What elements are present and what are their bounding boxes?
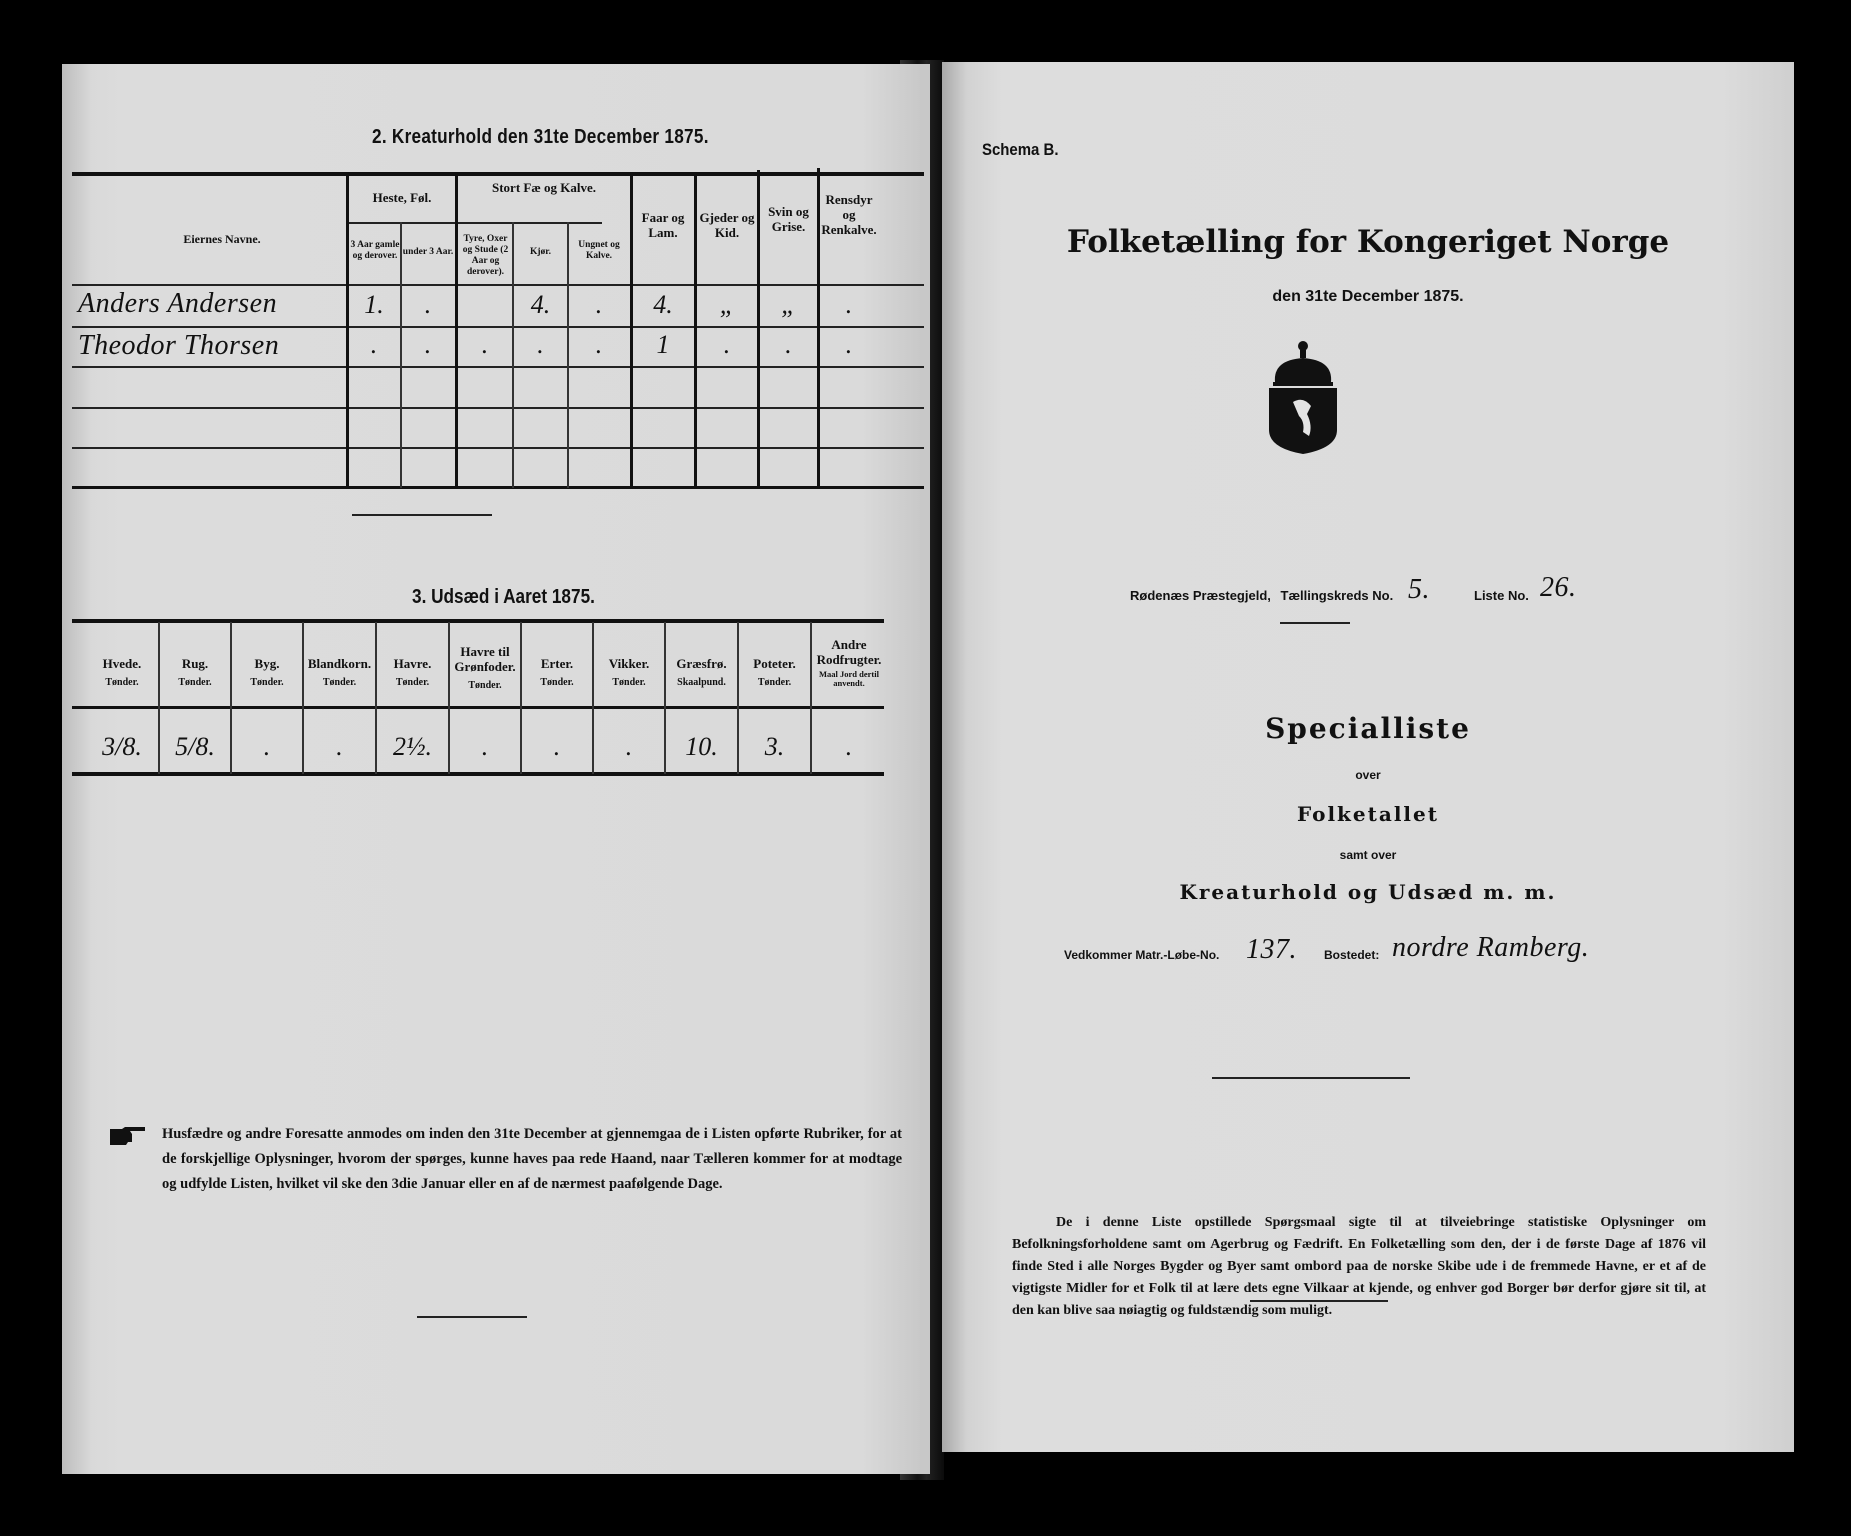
cell: .	[569, 290, 629, 320]
cell: .	[594, 732, 664, 762]
col-unit: Tønder.	[739, 675, 810, 690]
udsaed-header: Græsfrø.Skaalpund.	[666, 656, 737, 690]
table2-bottom-rule	[72, 486, 924, 489]
udsaed-header: Havre til Grønfoder.Tønder.	[450, 644, 520, 693]
col-header-svin: Svin og Grise.	[760, 204, 817, 234]
district-line: Rødenæs Præstegjeld, Tællingskreds No.	[1130, 588, 1393, 603]
udsaed-header: Byg.Tønder.	[232, 656, 302, 690]
udsaed-header: Poteter.Tønder.	[739, 656, 810, 690]
cell: 2½.	[377, 732, 448, 762]
col-unit: Maal Jord dertil anvendt.	[812, 670, 886, 688]
cell: .	[696, 330, 758, 360]
cell: .	[304, 732, 375, 762]
section-divider	[352, 514, 492, 516]
col-unit: Tønder.	[522, 675, 592, 690]
main-title: Folketælling for Kongeriget Norge	[942, 224, 1794, 260]
cell: .	[760, 330, 817, 360]
col-header-tyre: Tyre, Oxer og Stude (2 Aar og derover).	[458, 234, 513, 278]
footnote-text: Husfædre og andre Foresatte anmodes om i…	[162, 1122, 902, 1197]
table2-top-rule	[72, 172, 924, 176]
col-unit: Tønder.	[160, 675, 230, 690]
tellingskreds-value: 5.	[1408, 574, 1430, 606]
row-rule	[72, 366, 924, 368]
col-label: Rug.	[160, 656, 230, 671]
col-header-heste-under3: under 3 Aar.	[402, 247, 454, 258]
cell: .	[514, 330, 567, 360]
liste-label: Liste No.	[1474, 588, 1529, 603]
info-paragraph: De i denne Liste opstillede Spørgsmaal s…	[1012, 1212, 1706, 1322]
cell: 3/8.	[86, 732, 158, 762]
samt-over-text: samt over	[942, 848, 1794, 862]
cell: 5/8.	[160, 732, 230, 762]
col-label: Byg.	[232, 656, 302, 671]
liste-value: 26.	[1540, 572, 1577, 604]
udsaed-header: Vikker.Tønder.	[594, 656, 664, 690]
col-label: Græsfrø.	[666, 656, 737, 671]
col-unit: Skaalpund.	[666, 675, 737, 690]
left-page: 2. Kreaturhold den 31te December 1875. E…	[62, 64, 930, 1474]
pointing-hand-icon	[108, 1126, 148, 1148]
cell: .	[812, 732, 886, 762]
udsaed-header: Erter.Tønder.	[522, 656, 592, 690]
col-header-ungnet: Ungnet og Kalve.	[569, 240, 629, 262]
prestegjeld-label: Rødenæs Præstegjeld,	[1130, 588, 1271, 603]
section2-title: 2. Kreaturhold den 31te December 1875.	[372, 126, 709, 149]
section3-title: 3. Udsæd i Aaret 1875.	[412, 586, 595, 609]
folketallet-text: Folketallet	[942, 802, 1794, 826]
col-header-gjeder: Gjeder og Kid.	[696, 210, 758, 240]
cell: .	[402, 330, 454, 360]
col-label: Havre til Grønfoder.	[450, 644, 520, 674]
udsaed-header: Rug.Tønder.	[160, 656, 230, 690]
owner-column-header: Eiernes Navne.	[152, 232, 292, 247]
col-unit: Tønder.	[594, 675, 664, 690]
cell: .	[569, 330, 629, 360]
owner-name: Theodor Thorsen	[78, 330, 279, 362]
stort-fae-group-header: Stort Fæ og Kalve.	[458, 180, 630, 195]
row-rule	[72, 447, 924, 449]
cell: .	[348, 330, 400, 360]
col-label: Vikker.	[594, 656, 664, 671]
main-date: den 31te December 1875.	[942, 288, 1794, 306]
col-unit: Tønder.	[304, 675, 375, 690]
cell: .	[450, 732, 520, 762]
bosted-value: nordre Ramberg.	[1392, 932, 1589, 964]
col-header-faar: Faar og Lam.	[633, 210, 693, 240]
table2-subheader-rule	[347, 222, 602, 224]
udsaed-header: Andre Rodfrugter.Maal Jord dertil anvend…	[812, 637, 886, 688]
table2-header-rule	[72, 284, 924, 286]
schema-label: Schema B.	[982, 140, 1059, 160]
cell: „	[760, 290, 817, 320]
row-rule	[72, 407, 924, 409]
col-label: Poteter.	[739, 656, 810, 671]
divider	[1280, 622, 1350, 624]
col-header-heste-3aar: 3 Aar gamle og derover.	[349, 240, 401, 262]
owner-name: Anders Andersen	[78, 288, 277, 320]
col-unit: Tønder.	[377, 675, 448, 690]
cell: .	[819, 330, 879, 360]
col-unit: Tønder.	[86, 675, 158, 690]
specialliste-heading: Specialliste	[942, 712, 1794, 745]
cell: .	[522, 732, 592, 762]
udsaed-header: Havre.Tønder.	[377, 656, 448, 690]
cell: .	[458, 330, 512, 360]
kreaturhold-text: Kreaturhold og Udsæd m. m.	[942, 880, 1794, 904]
col-label: Erter.	[522, 656, 592, 671]
cell: 4.	[633, 290, 693, 320]
cell: 3.	[739, 732, 810, 762]
col-header-rensdyr: Rensdyr og Renkalve.	[819, 192, 879, 237]
cell: 10.	[666, 732, 737, 762]
tellingskreds-label: Tællingskreds No.	[1281, 588, 1394, 603]
bosted-label: Bostedet:	[1324, 948, 1379, 962]
matr-label: Vedkommer Matr.-Løbe-No.	[1064, 948, 1219, 962]
right-page: Schema B. Folketælling for Kongeriget No…	[942, 62, 1794, 1452]
bottom-divider	[1250, 1300, 1388, 1302]
cell: .	[402, 290, 454, 320]
col-label: Havre.	[377, 656, 448, 671]
col-label: Hvede.	[86, 656, 158, 671]
row-rule	[72, 326, 924, 328]
udsaed-header: Blandkorn.Tønder.	[304, 656, 375, 690]
over-text: over	[942, 768, 1794, 782]
heste-group-header: Heste, Føl.	[349, 190, 455, 205]
norwegian-coat-of-arms-icon	[1267, 340, 1339, 456]
matr-value: 137.	[1246, 934, 1297, 966]
cell: .	[232, 732, 302, 762]
col-unit: Tønder.	[232, 675, 302, 690]
udsaed-header: Hvede.Tønder.	[86, 656, 158, 690]
table3-header-rule	[72, 706, 884, 709]
cell: „	[696, 290, 758, 320]
col-label: Andre Rodfrugter.	[812, 637, 886, 667]
col-header-kjor: Kjør.	[514, 247, 567, 258]
table3-top-rule	[72, 619, 884, 623]
cell: 1.	[348, 290, 400, 320]
cell: 4.	[514, 290, 567, 320]
cell: 1	[633, 330, 693, 360]
bottom-divider	[417, 1316, 527, 1318]
cell: .	[819, 290, 879, 320]
divider	[1212, 1077, 1410, 1079]
col-label: Blandkorn.	[304, 656, 375, 671]
table3-bottom-rule	[72, 772, 884, 776]
col-unit: Tønder.	[450, 678, 520, 693]
